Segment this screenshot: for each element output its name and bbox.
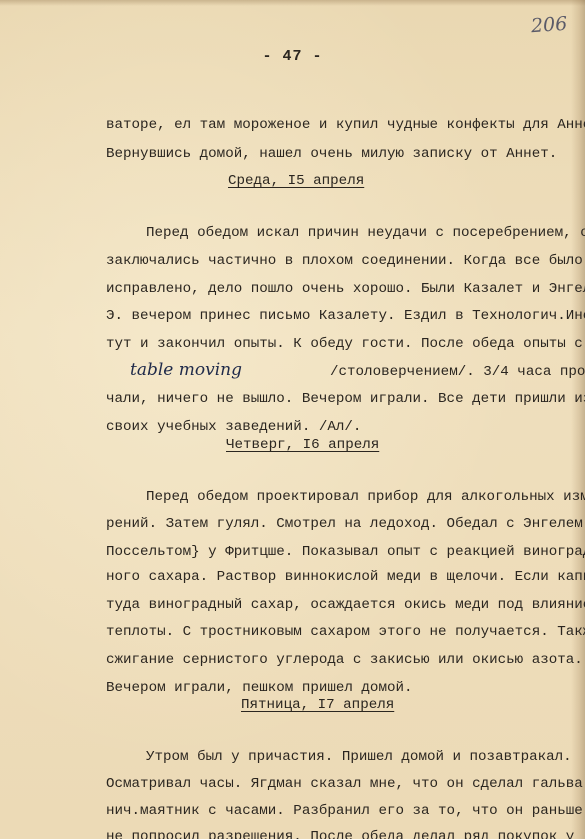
text-line: туда виноградный сахар, осаждается окись… (106, 597, 585, 613)
text-line: Э. вечером принес письмо Казалету. Ездил… (106, 308, 585, 324)
page-edge-top (0, 0, 585, 6)
text-line: тут и закончил опыты. К обеду гости. Пос… (106, 336, 583, 352)
text-fragment: /столоверчением/. 3/4 часа проску- (330, 364, 585, 380)
text-line: ного сахара. Раствор виннокислой меди в … (106, 569, 585, 585)
text-line: чали, ничего не вышло. Вечером играли. В… (106, 391, 585, 407)
text-line: исправлено, дело пошло очень хорошо. Был… (106, 281, 585, 297)
text-line: рений. Затем гулял. Смотрел на ледоход. … (106, 516, 585, 532)
handwritten-note: table moving (130, 360, 330, 380)
text-line: ваторе, ел там мороженое и купил чудные … (106, 117, 585, 133)
page-number: - 47 - (0, 48, 585, 65)
text-line: Вернувшись домой, нашел очень милую запи… (106, 146, 557, 162)
archive-folio-number: 206 (530, 13, 568, 37)
text-line-with-handwriting: table moving/столоверчением/. 3/4 часа п… (130, 360, 585, 380)
text-line: не попросил разрешения. После обеда дела… (106, 829, 574, 839)
text-line: Поссельтом} у Фритцше. Показывал опыт с … (106, 544, 585, 560)
text-line: своих учебных заведений. /Ал/. (106, 419, 361, 435)
entry-heading-friday: Пятница, I7 апреля (241, 697, 394, 713)
text-line: сжигание сернистого углерода с закисью и… (106, 652, 583, 668)
text-line: Осматривал часы. Ягдман сказал мне, что … (106, 776, 585, 792)
text-line: нич.маятник с часами. Разбранил его за т… (106, 803, 583, 819)
text-line: теплоты. С тростниковым сахаром этого не… (106, 624, 585, 640)
entry-heading-thursday: Четверг, I6 апреля (226, 437, 379, 453)
document-page: 206 - 47 - ваторе, ел там мороженое и ку… (0, 0, 585, 839)
text-line: Утром был у причастия. Пришел домой и по… (146, 749, 572, 765)
entry-heading-wednesday: Среда, I5 апреля (228, 173, 364, 189)
text-line: заключались частично в плохом соединении… (106, 253, 583, 269)
text-line: Вечером играли, пешком пришел домой. (106, 680, 413, 696)
text-line: Перед обедом проектировал прибор для алк… (146, 489, 585, 505)
text-line: Перед обедом искал причин неудачи с посе… (146, 225, 585, 241)
